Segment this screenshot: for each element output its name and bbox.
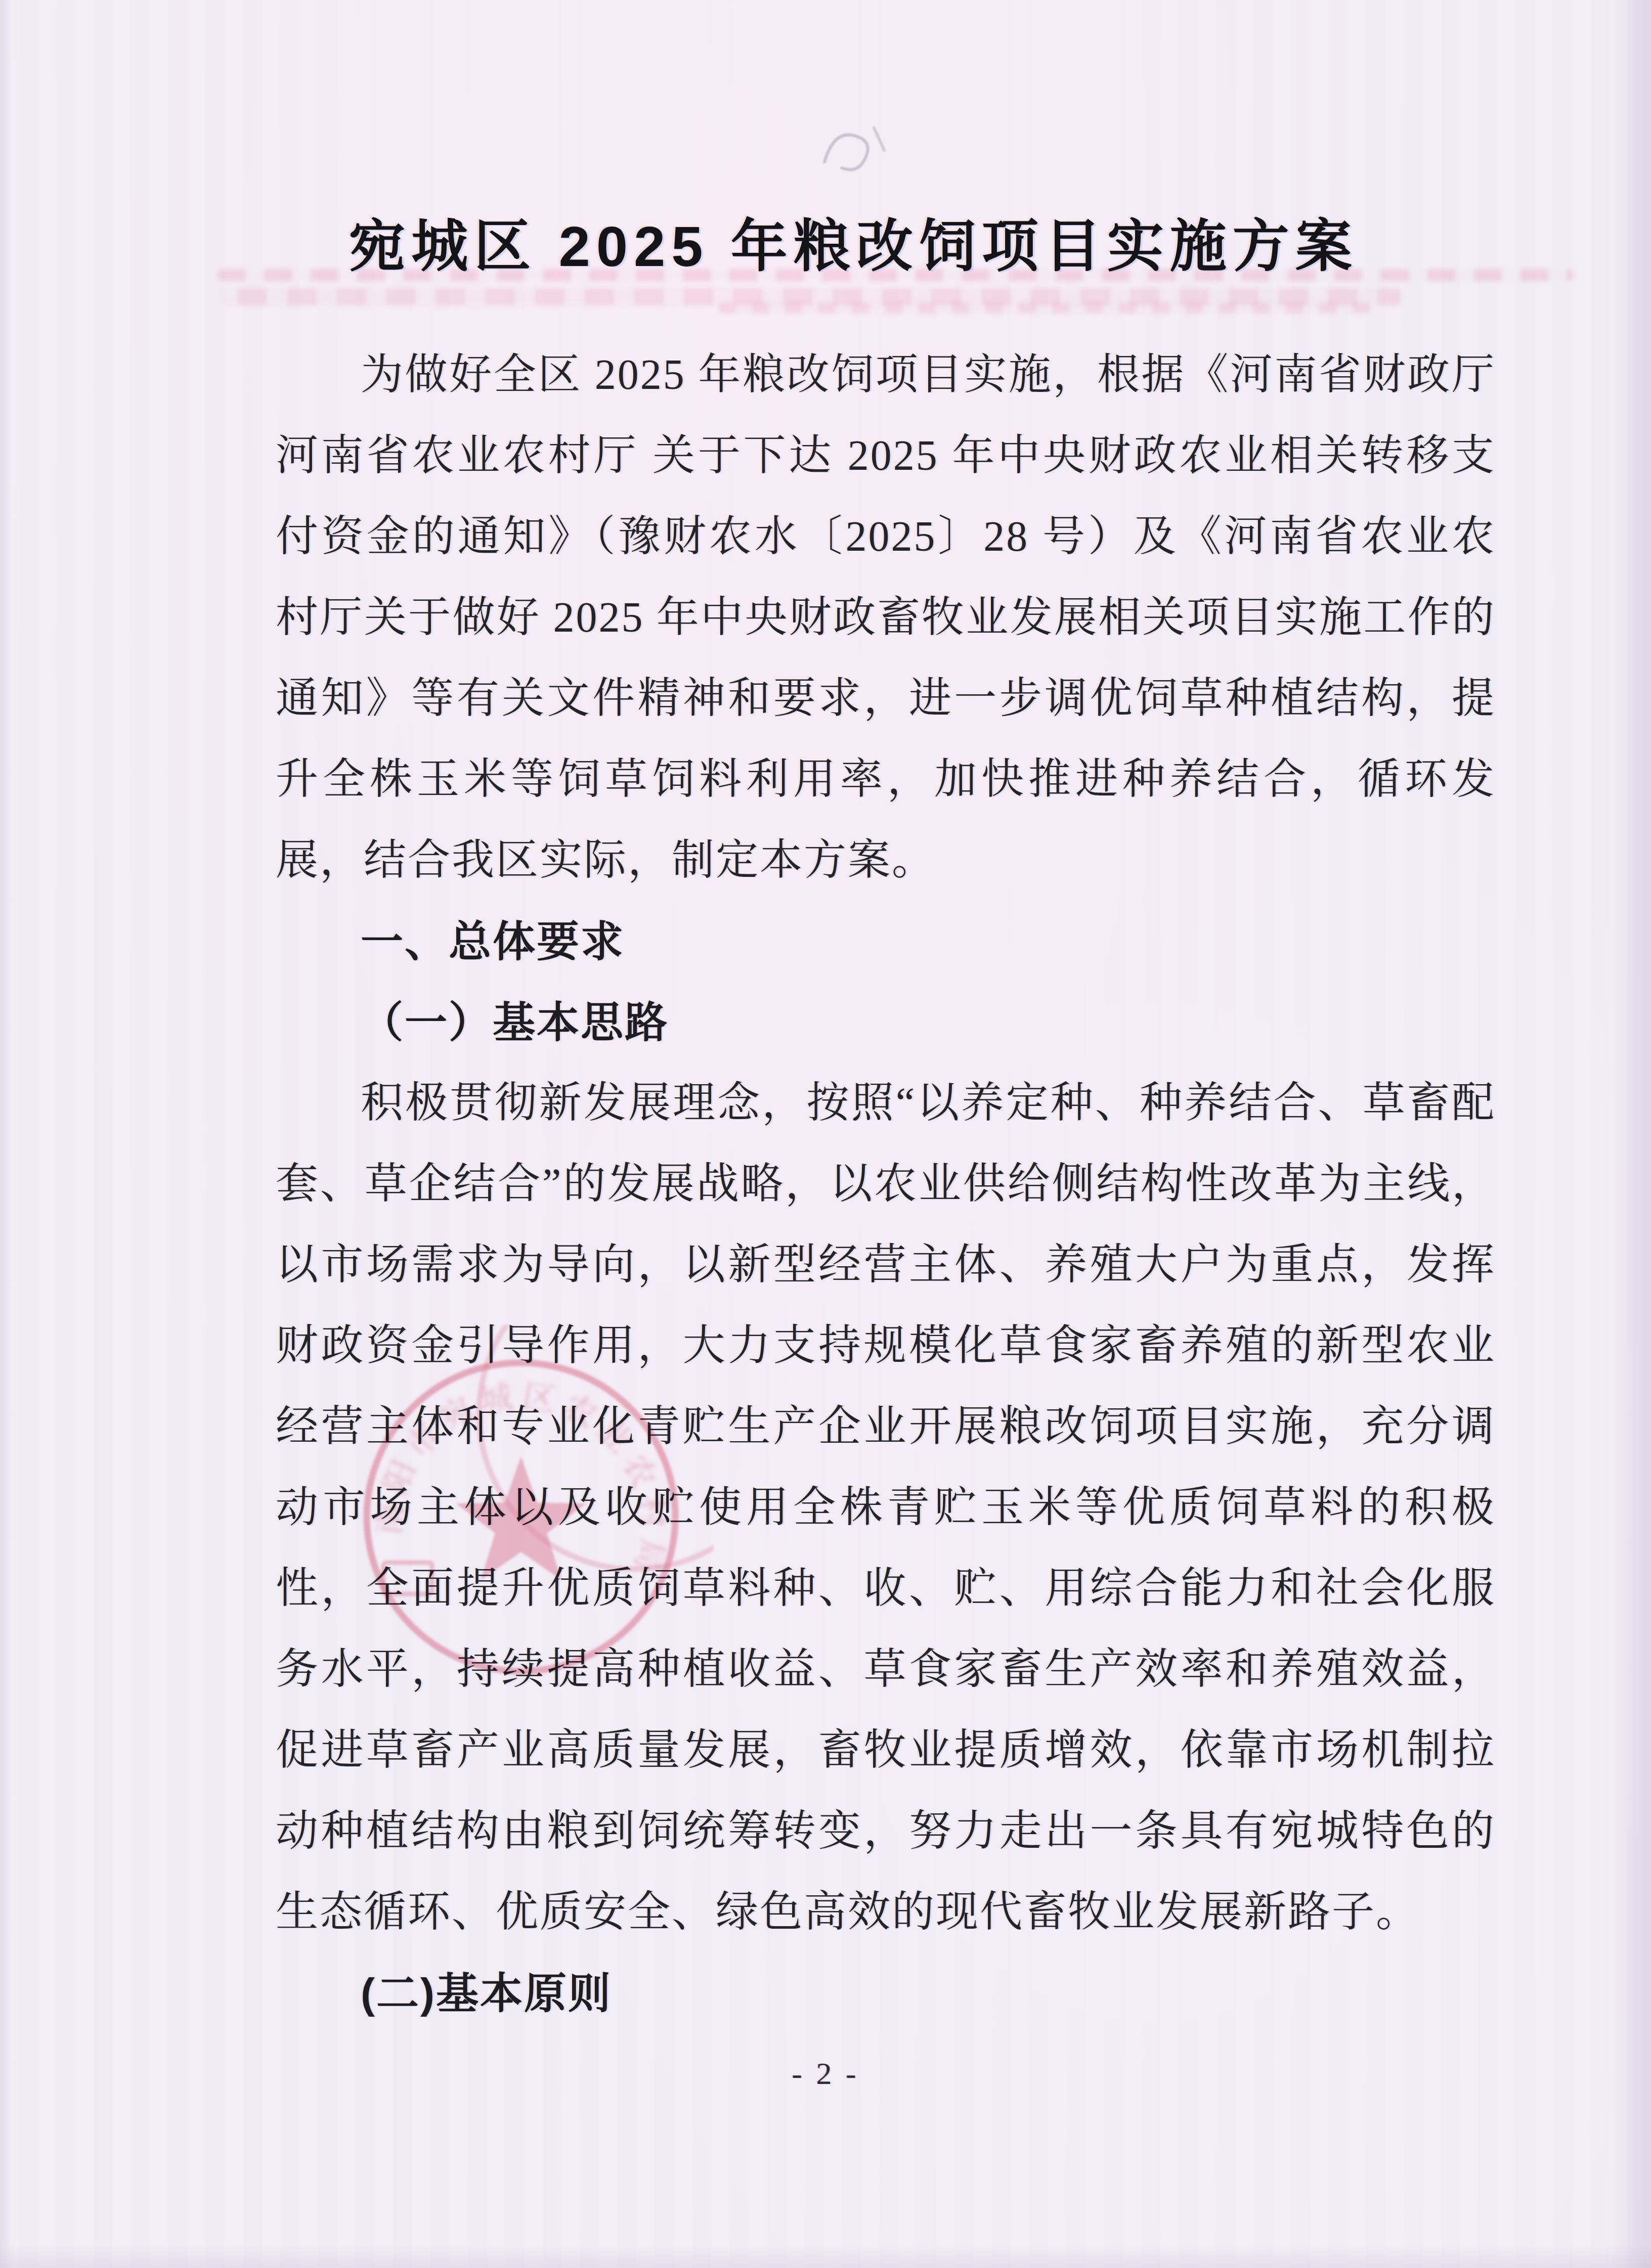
scan-edge-shadow-right bbox=[1609, 0, 1651, 2268]
seal-star-icon bbox=[456, 1456, 586, 1580]
scan-edge-shadow-left bbox=[0, 0, 13, 2268]
document-body: 为做好全区 2025 年粮改饲项目实施，根据《河南省财政厅 河南省农业农村厅 关… bbox=[276, 335, 1496, 2034]
section-heading-overall-requirements: 一、总体要求 bbox=[276, 901, 1496, 982]
bleed-through-band bbox=[718, 302, 1371, 314]
seal-inner-mark bbox=[383, 1563, 432, 1594]
intro-paragraph: 为做好全区 2025 年粮改饲项目实施，根据《河南省财政厅 河南省农业农村厅 关… bbox=[276, 335, 1496, 901]
official-seal: 南阳市宛城区农业农村局 bbox=[329, 1325, 713, 1709]
scan-edge-shadow-bottom bbox=[0, 2245, 1651, 2268]
pencil-smudge bbox=[809, 114, 921, 180]
subsection-heading-basic-principles: (二)基本原则 bbox=[276, 1953, 1496, 2034]
page-number: - 2 - bbox=[0, 2056, 1651, 2102]
document-title: 宛城区 2025 年粮改饲项目实施方案 bbox=[56, 201, 1651, 287]
subsection-heading-basic-idea: （一）基本思路 bbox=[276, 982, 1496, 1063]
scanned-document-page: 宛城区 2025 年粮改饲项目实施方案 为做好全区 2025 年粮改饲项目实施，… bbox=[0, 0, 1651, 2268]
